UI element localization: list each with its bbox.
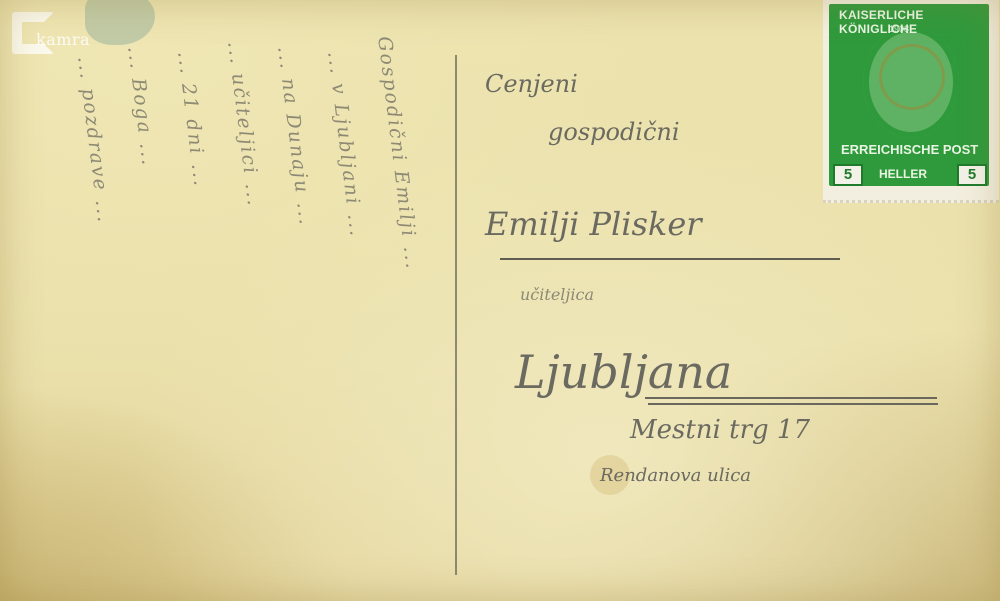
address-extra: Rendanova ulica bbox=[600, 465, 751, 486]
address-name: Emilji Plisker bbox=[485, 205, 702, 243]
address-title: gospodični bbox=[548, 118, 680, 146]
stamp-year: 1908 bbox=[889, 24, 909, 34]
postage-stamp: KAISERLICHE KÖNIGLICHE 1908 ERREICHISCHE… bbox=[823, 0, 999, 203]
message-line: ... na Dunaju ... bbox=[273, 45, 317, 227]
postmark-icon bbox=[879, 44, 945, 110]
message-line: Gospodični Emilji ... bbox=[373, 35, 424, 271]
stamp-face: KAISERLICHE KÖNIGLICHE 1908 ERREICHISCHE… bbox=[829, 4, 989, 186]
stamp-value-left: 5 bbox=[833, 164, 863, 186]
stamp-top-text: KAISERLICHE KÖNIGLICHE bbox=[839, 8, 989, 36]
message-line: ... učiteljici ... bbox=[223, 40, 265, 208]
double-underline bbox=[648, 403, 938, 405]
message-line: ... 21 dni ... bbox=[173, 50, 212, 189]
stamp-value-right: 5 bbox=[957, 164, 987, 186]
address-occupation: učiteljica bbox=[520, 285, 594, 304]
message-line: ... Boga ... bbox=[123, 45, 160, 168]
message-line: ... pozdrave ... bbox=[73, 55, 115, 225]
postcard-back: kamra Gospodični Emilji ... ... v Ljublj… bbox=[0, 0, 1000, 601]
double-underline bbox=[645, 397, 937, 399]
address-street: Mestni trg 17 bbox=[630, 415, 810, 445]
address-salutation: Cenjeni bbox=[485, 70, 578, 98]
handwritten-message: Gospodični Emilji ... ... v Ljubljani ..… bbox=[10, 30, 450, 590]
message-line: ... v Ljubljani ... bbox=[323, 50, 368, 239]
underline bbox=[500, 258, 840, 260]
address-city: Ljubljana bbox=[515, 345, 732, 399]
stamp-denomination: HELLER bbox=[879, 167, 927, 181]
stamp-bottom-text: ERREICHISCHE POST bbox=[841, 142, 978, 157]
divider-line bbox=[455, 55, 457, 575]
